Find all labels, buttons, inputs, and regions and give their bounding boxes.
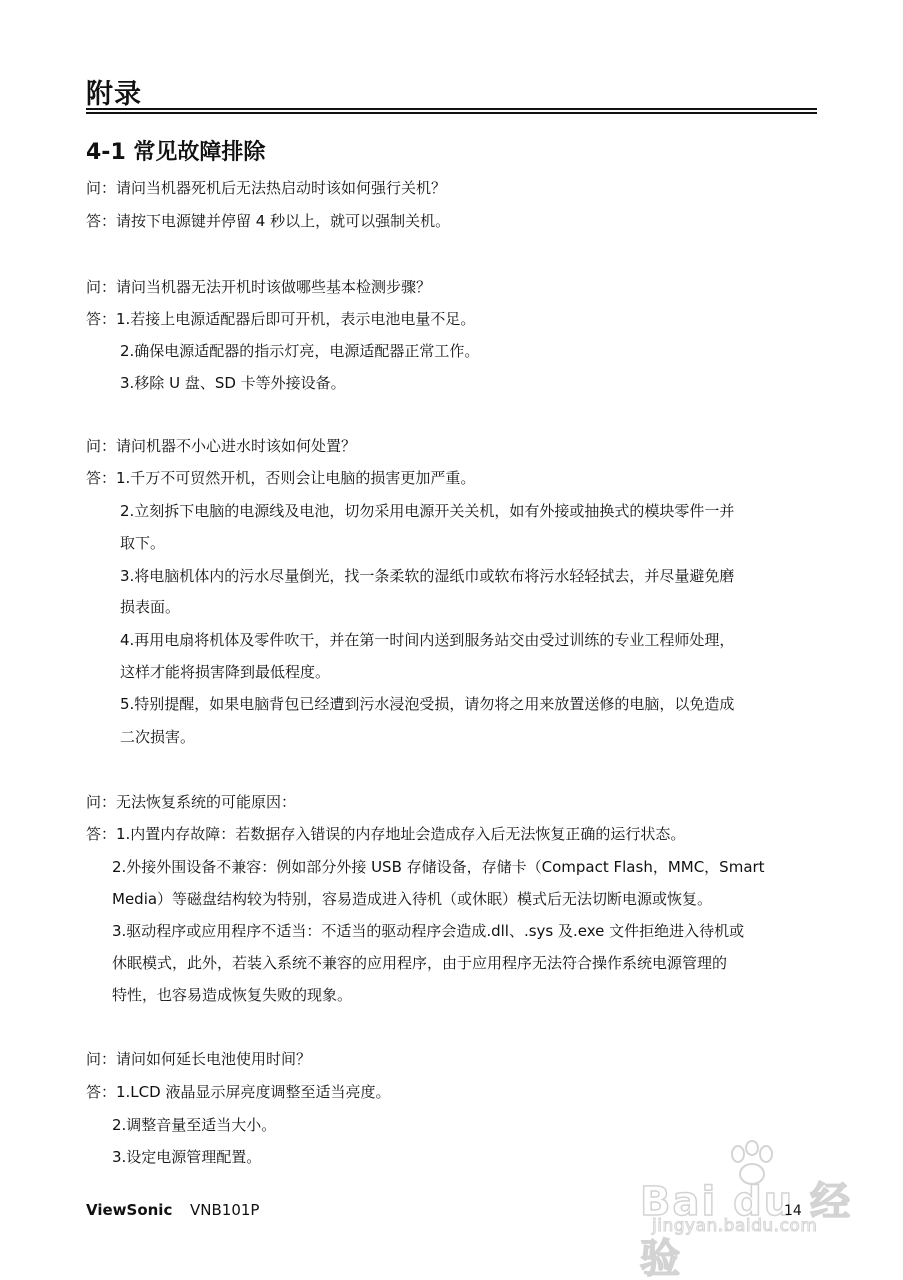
faq-answer: 3.驱动程序或应用程序不适当：不适当的驱动程序会造成.dll、.sys 及.ex… — [112, 921, 744, 941]
faq-answer: 2.外接外围设备不兼容：例如部分外接 USB 存储设备，存储卡（Compact … — [112, 857, 765, 877]
faq-question: 问：无法恢复系统的可能原因： — [86, 792, 296, 812]
faq-answer: 答：请按下电源键并停留 4 秒以上，就可以强制关机。 — [86, 211, 450, 231]
faq-question: 问：请问当机器无法开机时该做哪些基本检测步骤？ — [86, 277, 431, 297]
faq-answer: 5.特别提醒，如果电脑背包已经遭到污水浸泡受损，请勿将之用来放置送修的电脑，以免… — [120, 694, 734, 714]
faq-question: 问：请问如何延长电池使用时间？ — [86, 1049, 311, 1069]
faq-answer: 取下。 — [120, 533, 165, 553]
faq-answer: 特性，也容易造成恢复失败的现象。 — [112, 985, 352, 1005]
faq-answer: Media）等磁盘结构较为特别，容易造成进入待机（或休眠）模式后无法切断电源或恢… — [112, 889, 712, 909]
page-number: 14 — [784, 1203, 802, 1219]
faq-answer: 3.设定电源管理配置。 — [112, 1147, 261, 1167]
faq-question: 问：请问当机器死机后无法热启动时该如何强行关机？ — [86, 178, 446, 198]
document-page: 附录 4-1 常见故障排除 问：请问当机器死机后无法热启动时该如何强行关机？ 答… — [0, 0, 903, 1280]
faq-answer: 3.移除 U 盘、SD 卡等外接设备。 — [120, 373, 346, 393]
faq-answer: 3.将电脑机体内的污水尽量倒光，找一条柔软的湿纸巾或软布将污水轻轻拭去，并尽量避… — [120, 566, 734, 586]
faq-answer: 4.再用电扇将机体及零件吹干，并在第一时间内送到服务站交由受过训练的专业工程师处… — [120, 630, 734, 650]
faq-answer: 2.调整音量至适当大小。 — [112, 1115, 276, 1135]
faq-answer: 2.确保电源适配器的指示灯亮，电源适配器正常工作。 — [120, 341, 479, 361]
faq-answer: 答：1.LCD 液晶显示屏亮度调整至适当亮度。 — [86, 1082, 390, 1102]
faq-answer: 损表面。 — [120, 597, 180, 617]
section-title: 4-1 常见故障排除 — [86, 138, 265, 168]
double-rule-divider — [86, 108, 817, 114]
appendix-title: 附录 — [86, 78, 142, 112]
footer-model: VNB101P — [190, 1201, 259, 1219]
faq-answer: 二次损害。 — [120, 727, 195, 747]
faq-answer: 休眠模式，此外，若装入系统不兼容的应用程序，由于应用程序无法符合操作系统电源管理… — [112, 953, 727, 973]
faq-answer: 2.立刻拆下电脑的电源线及电池，切勿采用电源开关关机，如有外接或抽换式的模块零件… — [120, 501, 734, 521]
baidu-jingyan-watermark: Bai du 经验 jingyan.baidu.com — [640, 1140, 860, 1235]
faq-answer: 答：1.千万不可贸然开机，否则会让电脑的损害更加严重。 — [86, 468, 475, 488]
faq-answer: 答：1.若接上电源适配器后即可开机，表示电池电量不足。 — [86, 309, 475, 329]
faq-answer: 答：1.内置内存故障：若数据存入错误的内存地址会造成存入后无法恢复正确的运行状态… — [86, 824, 685, 844]
faq-answer: 这样才能将损害降到最低程度。 — [120, 662, 330, 682]
faq-question: 问：请问机器不小心进水时该如何处置？ — [86, 436, 356, 456]
footer-brand: ViewSonic — [86, 1201, 172, 1219]
watermark-url: jingyan.baidu.com — [652, 1216, 817, 1236]
